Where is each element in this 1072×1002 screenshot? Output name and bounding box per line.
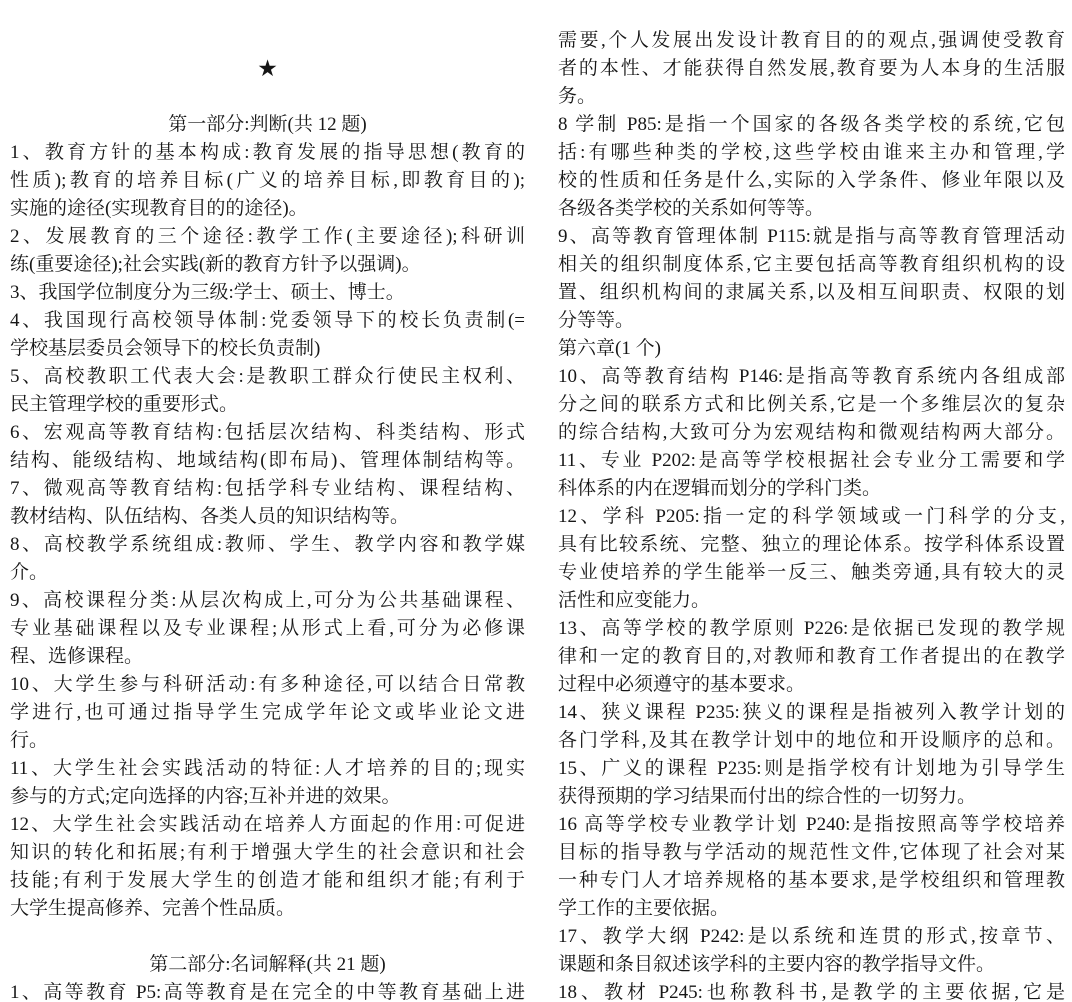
section2-heading: 第二部分:名词解释(共 21 题) — [10, 951, 525, 979]
text-line: 行。 — [10, 727, 525, 755]
text-line: 专业使培养的学生能举一反三、触类旁通,具有较大的灵 — [558, 559, 1065, 587]
text-line: 1、教育方针的基本构成:教育发展的指导思想(教育的 — [10, 139, 525, 167]
text-line: 程、选修课程。 — [10, 643, 525, 671]
text-line: 具有比较系统、完整、独立的理论体系。按学科体系设置 — [558, 531, 1065, 559]
text-line: 知识的转化和拓展;有利于增强大学生的社会意识和社会 — [10, 839, 525, 867]
text-line: 技能;有利于发展大学生的创造才能和组织才能;有利于 — [10, 867, 525, 895]
text-line: 12、学科 P205:指一定的科学领域或一门科学的分支, — [558, 503, 1065, 531]
text-line: 性质);教育的培养目标(广义的培养目标,即教育目的); — [10, 167, 525, 195]
text-line: 1、高等教育 P5:高等教育是在完全的中等教育基础上进 — [10, 979, 525, 1002]
text-line: 8、高校教学系统组成:教师、学生、教学内容和教学媒 — [10, 531, 525, 559]
text-line: 17、教学大纲 P242:是以系统和连贯的形式,按章节、 — [558, 923, 1065, 951]
text-line: 科体系的内在逻辑而划分的学科门类。 — [558, 475, 1065, 503]
text-line: 参与的方式;定向选择的内容;互补并进的效果。 — [10, 783, 525, 811]
text-line: 律和一定的教育目的,对教师和教育工作者提出的在教学 — [558, 643, 1065, 671]
text-line: 括:有哪些种类的学校,这些学校由谁来主办和管理,学 — [558, 139, 1065, 167]
text-line — [10, 83, 525, 111]
text-line — [10, 27, 525, 55]
text-line: 15、广义的课程 P235:则是指学校有计划地为引导学生 — [558, 755, 1065, 783]
text-line: 13、高等学校的教学原则 P226:是依据已发现的教学规 — [558, 615, 1065, 643]
text-line: 18、教材 P245:也称教科书,是教学的主要依据,它是 — [558, 979, 1065, 1002]
text-line: 14、狭义课程 P235:狭义的课程是指被列入教学计划的 — [558, 699, 1065, 727]
text-line: 需要,个人发展出发设计教育目的的观点,强调使受教育 — [558, 27, 1065, 55]
text-line: 置、组织机构间的隶属关系,以及相互间职责、权限的划 — [558, 279, 1065, 307]
text-line: 练(重要途径);社会实践(新的教育方针予以强调)。 — [10, 251, 525, 279]
text-line: 10、高等教育结构 P146:是指高等教育系统内各组成部 — [558, 363, 1065, 391]
text-line: 大学生提高修养、完善个性品质。 — [10, 895, 525, 923]
text-line: 分之间的联系方式和比例关系,它是一个多维层次的复杂 — [558, 391, 1065, 419]
text-line: 5、高校教职工代表大会:是教职工群众行使民主权利、 — [10, 363, 525, 391]
chapter-note: 第六章(1 个) — [558, 335, 1065, 363]
star-icon: ★ — [10, 55, 525, 83]
text-line: 分等等。 — [558, 307, 1065, 335]
text-line: 结构、能级结构、地域结构(即布局)、管理体制结构等。 — [10, 447, 525, 475]
text-line: 各级各类学校的关系如何等等。 — [558, 195, 1065, 223]
text-line: 校的性质和任务是什么,实际的入学条件、修业年限以及 — [558, 167, 1065, 195]
text-line: 课题和条目叙述该学科的主要内容的教学指导文件。 — [558, 951, 1065, 979]
text-line: 6、宏观高等教育结构:包括层次结构、科类结构、形式 — [10, 419, 525, 447]
text-line: 11、专业 P202:是高等学校根据社会专业分工需要和学 — [558, 447, 1065, 475]
text-line: 目标的指导教与学活动的规范性文件,它体现了社会对某 — [558, 839, 1065, 867]
text-line: 3、我国学位制度分为三级:学士、硕士、博士。 — [10, 279, 525, 307]
text-line: 实施的途径(实现教育目的的途径)。 — [10, 195, 525, 223]
text-line: 10、大学生参与科研活动:有多种途径,可以结合日常教 — [10, 671, 525, 699]
text-line: 相关的组织制度体系,它主要包括高等教育组织机构的设 — [558, 251, 1065, 279]
document-page: ★ 第一部分:判断(共 12 题)1、教育方针的基本构成:教育发展的指导思想(教… — [0, 0, 1072, 1002]
text-line: 16 高等学校专业教学计划 P240:是指按照高等学校培养 — [558, 811, 1065, 839]
text-line: 9、高校课程分类:从层次构成上,可分为公共基础课程、 — [10, 587, 525, 615]
text-line: 专业基础课程以及专业课程;从形式上看,可分为必修课 — [10, 615, 525, 643]
text-line: 学进行,也可通过指导学生完成学年论文或毕业论文进 — [10, 699, 525, 727]
text-line: 7、微观高等教育结构:包括学科专业结构、课程结构、 — [10, 475, 525, 503]
text-line: 介。 — [10, 559, 525, 587]
text-line: 务。 — [558, 83, 1065, 111]
text-line: 者的本性、才能获得自然发展,教育要为人本身的生活服 — [558, 55, 1065, 83]
text-line: 2、发展教育的三个途径:教学工作(主要途径);科研训 — [10, 223, 525, 251]
text-line — [10, 923, 525, 951]
text-line: 获得预期的学习结果而付出的综合性的一切努力。 — [558, 783, 1065, 811]
text-line: 各门学科,及其在教学计划中的地位和开设顺序的总和。 — [558, 727, 1065, 755]
left-column: ★ 第一部分:判断(共 12 题)1、教育方针的基本构成:教育发展的指导思想(教… — [10, 27, 525, 1002]
text-line: 学校基层委员会领导下的校长负责制) — [10, 335, 525, 363]
text-line: 12、大学生社会实践活动在培养人方面起的作用:可促进 — [10, 811, 525, 839]
text-line: 教材结构、队伍结构、各类人员的知识结构等。 — [10, 503, 525, 531]
text-line: 学工作的主要依据。 — [558, 895, 1065, 923]
text-line: 11、大学生社会实践活动的特征:人才培养的目的;现实 — [10, 755, 525, 783]
text-line: 的综合结构,大致可分为宏观结构和微观结构两大部分。 — [558, 419, 1065, 447]
text-line: 8 学制 P85:是指一个国家的各级各类学校的系统,它包 — [558, 111, 1065, 139]
text-line: 民主管理学校的重要形式。 — [10, 391, 525, 419]
text-line: 过程中必须遵守的基本要求。 — [558, 671, 1065, 699]
section1-heading: 第一部分:判断(共 12 题) — [10, 111, 525, 139]
text-line: 活性和应变能力。 — [558, 587, 1065, 615]
text-line: 一种专门人才培养规格的基本要求,是学校组织和管理教 — [558, 867, 1065, 895]
text-line: 4、我国现行高校领导体制:党委领导下的校长负责制(= — [10, 307, 525, 335]
right-column: 需要,个人发展出发设计教育目的的观点,强调使受教育者的本性、才能获得自然发展,教… — [558, 27, 1065, 1002]
text-line: 9、高等教育管理体制 P115:就是指与高等教育管理活动 — [558, 223, 1065, 251]
